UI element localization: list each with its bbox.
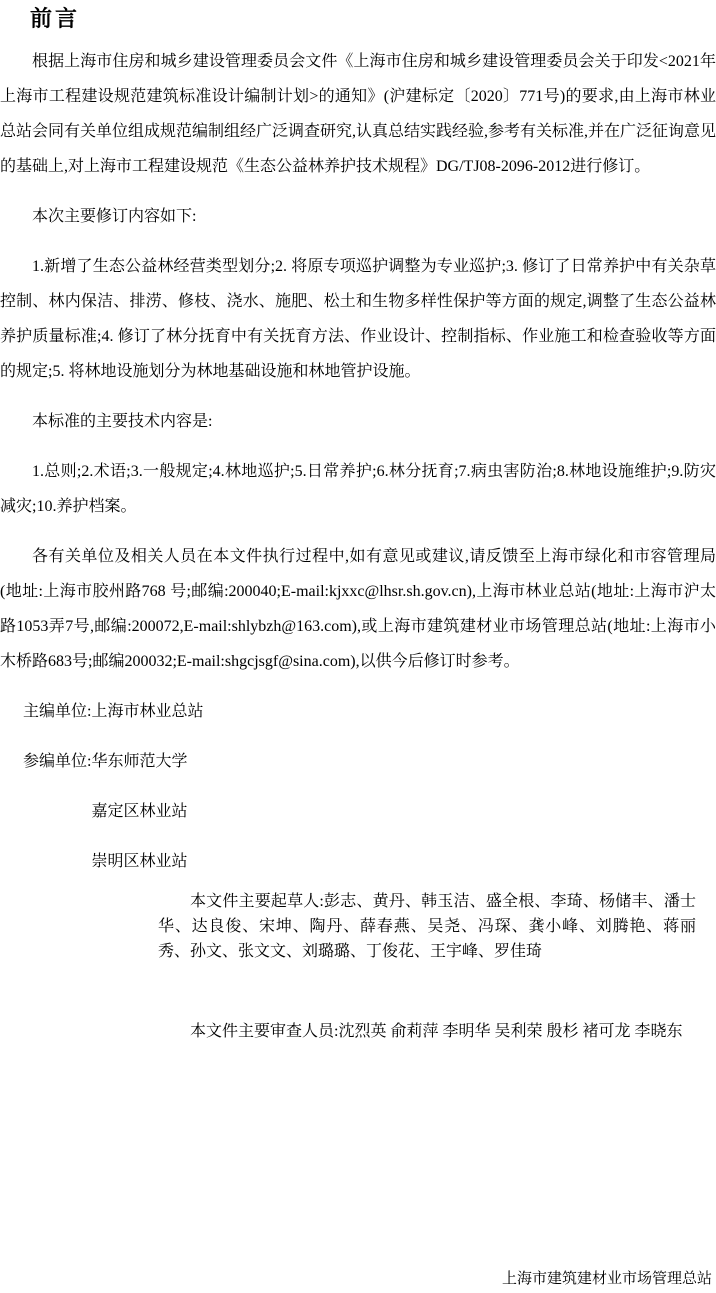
- co-editor-label: 参编单位:: [23, 744, 91, 879]
- co-editor-block: 参编单位: 华东师范大学 嘉定区林业站 崇明区林业站: [23, 744, 716, 879]
- co-editor-unit: 嘉定区林业站: [91, 794, 187, 829]
- reviewers-paragraph: 本文件主要审查人员:沈烈英 俞莉萍 李明华 吴利荣 殷杉 褚可龙 李晓东: [158, 1019, 696, 1044]
- chief-editor-line: 主编单位:上海市林业总站: [23, 694, 716, 729]
- drafters-paragraph: 本文件主要起草人:彭志、黄丹、韩玉洁、盛全根、李琦、杨储丰、潘士华、达良俊、宋坤…: [158, 889, 696, 964]
- co-editor-unit: 崇明区林业站: [91, 844, 187, 879]
- revision-lead-paragraph: 本次主要修订内容如下:: [0, 199, 716, 234]
- contents-list-paragraph: 1.总则;2.术语;3.一般规定;4.林地巡护;5.日常养护;6.林分抚育;7.…: [0, 454, 716, 524]
- co-editor-unit: 华东师范大学: [91, 744, 187, 779]
- chief-editor-label: 主编单位:: [23, 703, 91, 720]
- co-editor-units: 华东师范大学 嘉定区林业站 崇明区林业站: [91, 744, 187, 879]
- page-title: 前言: [30, 6, 716, 32]
- revision-details-paragraph: 1.新增了生态公益林经营类型划分;2. 将原专项巡护调整为专业巡护;3. 修订了…: [0, 249, 716, 389]
- feedback-paragraph: 各有关单位及相关人员在本文件执行过程中,如有意见或建议,请反馈至上海市绿化和市容…: [0, 539, 716, 679]
- page-footer: 上海市建筑建材业市场管理总站: [502, 1270, 712, 1288]
- chief-editor-unit: 上海市林业总站: [91, 703, 203, 720]
- contents-lead-paragraph: 本标准的主要技术内容是:: [0, 404, 716, 439]
- document-page: 前言 根据上海市住房和城乡建设管理委员会文件《上海市住房和城乡建设管理委员会关于…: [0, 0, 716, 1293]
- intro-paragraph: 根据上海市住房和城乡建设管理委员会文件《上海市住房和城乡建设管理委员会关于印发<…: [0, 44, 716, 184]
